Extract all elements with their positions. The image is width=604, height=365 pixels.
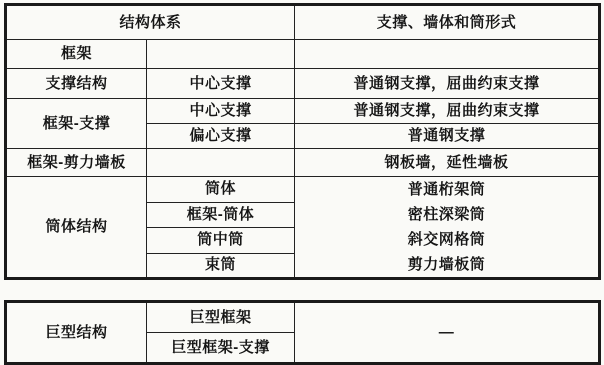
- cell-frame-label: 框架: [6, 40, 147, 69]
- cell-frame-brace-sub2: 偏心支撑: [147, 124, 295, 149]
- tube-form-line-1: 普通桁架筒: [295, 177, 598, 202]
- cell-tube-sub-4: 束筒: [147, 253, 295, 279]
- table-row-frame-shear-wall: 框架-剪力墙板 钢板墙，延性墙板: [6, 149, 600, 177]
- cell-braced-sub: 中心支撑: [147, 69, 295, 99]
- cell-tube-sub-2: 框架-筒体: [147, 202, 295, 228]
- cell-frame-brace-form2: 普通钢支撑: [295, 124, 600, 149]
- cell-braced-form: 普通钢支撑，屈曲约束支撑: [295, 69, 600, 99]
- table-row-tube-1: 筒体结构 筒体 普通桁架筒 密柱深梁筒 斜交网格筒 剪力墙板筒: [6, 177, 600, 203]
- cell-frame-brace-sub1: 中心支撑: [147, 99, 295, 124]
- mega-structure-table: 巨型结构 巨型框架 — 巨型框架-支撑: [4, 300, 601, 365]
- cell-frame-shear-wall-form: 钢板墙，延性墙板: [295, 149, 600, 177]
- table-row-braced: 支撑结构 中心支撑 普通钢支撑，屈曲约束支撑: [6, 69, 600, 99]
- cell-mega-label: 巨型结构: [6, 302, 147, 364]
- cell-tube-forms: 普通桁架筒 密柱深梁筒 斜交网格筒 剪力墙板筒: [295, 177, 600, 279]
- cell-frame-brace-label: 框架-支撑: [6, 99, 147, 149]
- cell-frame-shear-wall-label: 框架-剪力墙板: [6, 149, 147, 177]
- cell-frame-shear-wall-sub-empty: [147, 149, 295, 177]
- header-structure-system: 结构体系: [6, 5, 295, 40]
- cell-frame-brace-form1: 普通钢支撑，屈曲约束支撑: [295, 99, 600, 124]
- tube-form-line-4: 剪力墙板筒: [295, 252, 598, 277]
- header-bracing-wall-tube-forms: 支撑、墙体和筒形式: [295, 5, 600, 40]
- cell-mega-sub-2: 巨型框架-支撑: [147, 333, 295, 364]
- cell-mega-sub-1: 巨型框架: [147, 302, 295, 333]
- cell-frame-form-empty: [295, 40, 600, 69]
- cell-tube-sub-1: 筒体: [147, 177, 295, 203]
- table-row-frame: 框架: [6, 40, 600, 69]
- structure-system-table: 结构体系 支撑、墙体和筒形式 框架 支撑结构 中心支撑 普通钢支撑，屈曲约束支撑…: [4, 3, 601, 280]
- scanned-document-page: 结构体系 支撑、墙体和筒形式 框架 支撑结构 中心支撑 普通钢支撑，屈曲约束支撑…: [0, 3, 604, 365]
- cell-braced-label: 支撑结构: [6, 69, 147, 99]
- cell-mega-form-dash: —: [295, 302, 600, 364]
- table-header-row: 结构体系 支撑、墙体和筒形式: [6, 5, 600, 40]
- tube-form-line-3: 斜交网格筒: [295, 227, 598, 252]
- cell-tube-sub-3: 筒中筒: [147, 228, 295, 254]
- cell-tube-label: 筒体结构: [6, 177, 147, 279]
- tube-form-line-2: 密柱深梁筒: [295, 202, 598, 227]
- table-row-mega-1: 巨型结构 巨型框架 —: [6, 302, 600, 333]
- table-row-frame-brace-1: 框架-支撑 中心支撑 普通钢支撑，屈曲约束支撑: [6, 99, 600, 124]
- cell-frame-sub-empty: [147, 40, 295, 69]
